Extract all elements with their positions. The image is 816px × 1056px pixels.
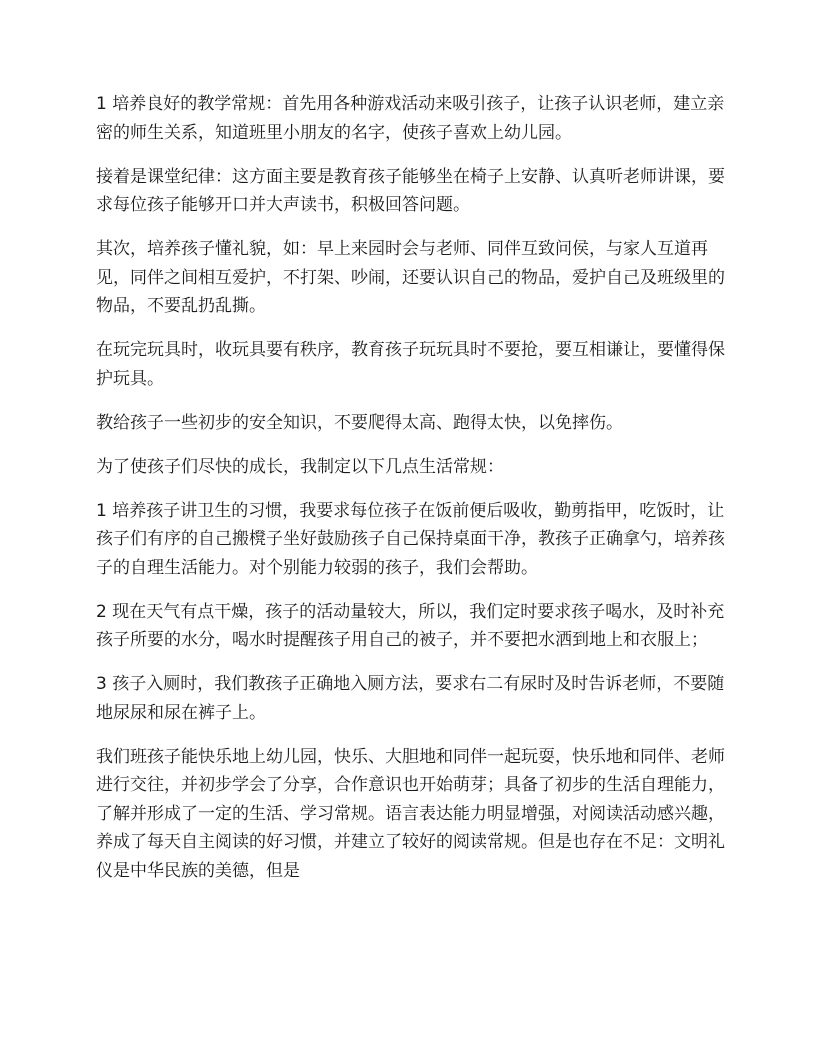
paragraph-hygiene: 1 培养孩子讲卫生的习惯，我要求每位孩子在饭前便后吸收，勤剪指甲，吃饭时，让孩子…	[96, 497, 728, 583]
paragraph-politeness: 其次，培养孩子懂礼貌，如：早上来园时会与老师、同伴互致问侯，与家人互道再见，同伴…	[96, 235, 728, 321]
paragraph-class-summary: 我们班孩子能快乐地上幼儿园，快乐、大胆地和同伴一起玩耍，快乐地和同伴、老师进行交…	[96, 743, 728, 886]
paragraph-drinking-water: 2 现在天气有点干燥，孩子的活动量较大，所以，我们定时要求孩子喝水，及时补充孩子…	[96, 598, 728, 655]
paragraph-teaching-routine: 1 培养良好的教学常规：首先用各种游戏活动来吸引孩子，让孩子认识老师，建立亲密的…	[96, 90, 728, 147]
paragraph-safety: 教给孩子一些初步的安全知识，不要爬得太高、跑得太快，以免摔伤。	[96, 409, 728, 438]
paragraph-life-routine-intro: 为了使孩子们尽快的成长，我制定以下几点生活常规：	[96, 453, 728, 482]
paragraph-classroom-discipline: 接着是课堂纪律：这方面主要是教育孩子能够坐在椅子上安静、认真听老师讲课，要求每位…	[96, 163, 728, 220]
document-page: 1 培养良好的教学常规：首先用各种游戏活动来吸引孩子，让孩子认识老师，建立亲密的…	[96, 90, 728, 901]
paragraph-toys: 在玩完玩具时，收玩具要有秩序，教育孩子玩玩具时不要抢，要互相谦让，要懂得保护玩具…	[96, 336, 728, 393]
paragraph-toilet: 3 孩子入厕时，我们教孩子正确地入厕方法，要求右二有尿时及时告诉老师，不要随地尿…	[96, 670, 728, 727]
